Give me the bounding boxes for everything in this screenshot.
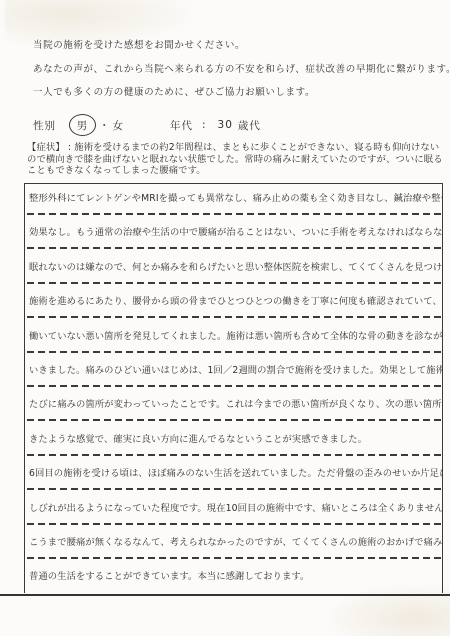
gender-male-selected-circle: 男 [69,114,96,136]
testimonial-line: 6回目の施術を受ける頃は、ほぼ痛みのない生活を送れていました。ただ骨盤の歪みのせ… [25,462,442,482]
dashed-separator [25,517,442,531]
symptom-paragraph: 【症状】 : 施術を受けるまでの約2年間程は、まともに歩くことができない、寝る時… [27,142,446,177]
testimonial-line: 効果なし。もう通常の治療や生活の中で腰痛が治ることはない、ついに手術を考えなけれ… [25,221,442,241]
gender-male-option: 男 [77,118,89,133]
dashed-separator [25,448,442,462]
age-label: 年代 [170,118,193,133]
testimonial-line: 整形外科にてレントゲンやMRIを撮っても異常なし、痛み止めの薬も全く効き目なし、… [25,187,442,207]
dashed-separator [25,276,442,290]
dashed-separator [25,551,442,565]
dashed-separator [25,413,442,427]
bottom-border-rule [0,594,450,596]
testimonial-line: 働いていない悪い箇所を発見してくれました。施術は悪い箇所も含めて全体的な骨の動き… [25,325,442,345]
intro-line-1: 当院の施術を受けた感想をお聞かせください。 [33,34,450,58]
dashed-separator [25,379,442,393]
dashed-separator [25,241,442,255]
testimonial-line: 普通の生活をすることができています。本当に感謝しております。 [25,565,442,585]
profile-row: 性別 男 ・ 女 年代 : 30 歳代 [33,114,261,136]
dashed-separator [25,345,442,359]
scanned-feedback-form: 当院の施術を受けた感想をお聞かせください。 あなたの声が、これから当院へ来られる… [0,0,450,636]
testimonial-line: たびに痛みの箇所が変わっていったことです。これは今までの悪い箇所が良くなり、次の… [25,393,442,413]
dashed-separator [25,310,442,324]
dashed-separator [25,207,442,221]
intro-line-2: あなたの声が、これから当院へ来られる方の不安を和らげ、症状改善の早期化に繋がりま… [33,58,450,82]
testimonial-line: しびれが出るようになっていた程度です。現在10回目の施術中です、痛いところは全く… [25,497,442,517]
testimonial-line: 眠れないのは嫌なので、何とか痛みを和らげたいと思い整体医院を検索し、てくてくさん… [25,256,442,276]
intro-text: 当院の施術を受けた感想をお聞かせください。 あなたの声が、これから当院へ来られる… [33,34,450,105]
testimonial-line: きたような感覚で、確実に良い方向に進んでるなということが実感できました。 [25,428,442,448]
intro-line-3: 一人でも多くの方の健康のために、ぜひご協力お願いします。 [33,81,450,105]
testimonial-box: 整形外科にてレントゲンやMRIを撮っても異常なし、痛み止めの薬も全く効き目なし、… [24,183,443,593]
testimonial-line: 施術を進めるにあたり、腰骨から頭の骨までひとつひとつの働きを丁寧に何度も確認され… [25,290,442,310]
testimonial-line: こうまで腰痛が無くなるなんて、考えられなかったのですが、てくてくさんの施術のおか… [25,531,442,551]
dashed-separator [25,482,442,496]
gender-label: 性別 [33,118,56,133]
gender-female-option: 女 [113,118,125,133]
testimonial-line: いきました。痛みのひどい通いはじめは、1回／2週間の割合で施術を受けました。効果… [25,359,442,379]
age-value: 30 [218,119,233,131]
age-colon: : [202,119,207,131]
age-unit: 歳代 [238,118,261,133]
gender-separator-dot: ・ [99,118,111,133]
